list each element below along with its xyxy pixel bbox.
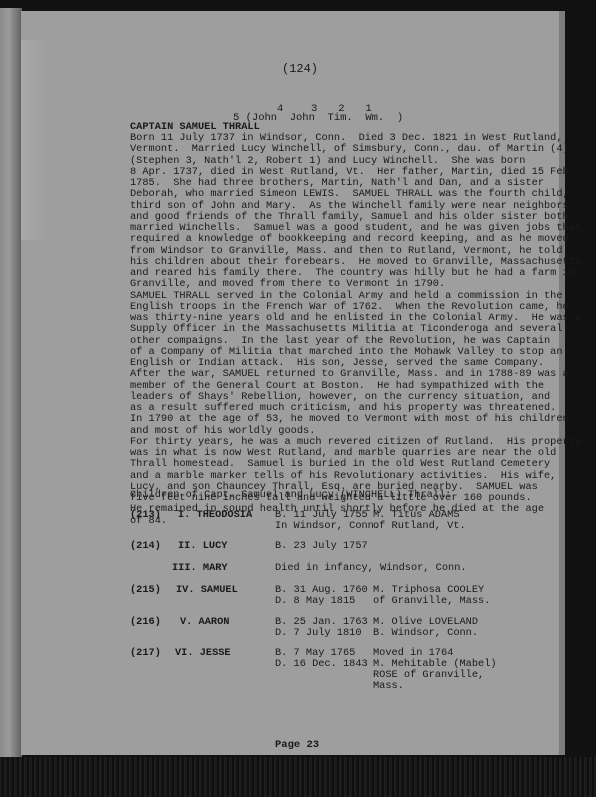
text-line: required a knowledge of bookkeeping and … bbox=[130, 234, 581, 245]
top-page-number: (124) bbox=[282, 64, 318, 75]
text-line: In 1790 at the age of 53, he moved to Ve… bbox=[130, 414, 581, 425]
child-notes: of Granville, Mass. bbox=[373, 596, 490, 607]
child-number: (217) bbox=[130, 648, 161, 659]
child-dates: D. 16 Dec. 1843 bbox=[275, 659, 368, 670]
child-name: II. LUCY bbox=[178, 541, 227, 552]
text-line: Supply Officer in the Massachusetts Mili… bbox=[130, 324, 581, 335]
child-number: (216) bbox=[130, 617, 161, 628]
child-dates: Died in infancy, Windsor, Conn. bbox=[275, 563, 467, 574]
text-line: Granville, and moved from there to Vermo… bbox=[130, 279, 581, 290]
text-line: Deborah, who married Simeon LEWIS. SAMUE… bbox=[130, 189, 581, 200]
text-line: After the war, SAMUEL returned to Granvi… bbox=[130, 369, 581, 380]
child-number: (213) bbox=[130, 510, 161, 521]
child-dates: B. 23 July 1757 bbox=[275, 541, 368, 552]
text-line: Vermont. Married Lucy Winchell, of Simsb… bbox=[130, 144, 581, 155]
child-notes: Mass. bbox=[373, 681, 404, 692]
page-footer: Page 23 bbox=[275, 740, 319, 751]
child-name: VI. JESSE bbox=[175, 648, 231, 659]
page-shadow bbox=[21, 40, 47, 240]
child-number: (214) bbox=[130, 541, 161, 552]
child-name: V. AARON bbox=[180, 617, 229, 628]
child-dates: In Windsor, Conn. bbox=[275, 521, 380, 532]
child-notes: B. Windsor, Conn. bbox=[373, 628, 478, 639]
text-line: Thrall homestead. Samuel is buried in th… bbox=[130, 459, 581, 470]
child-dates: D. 7 July 1810 bbox=[275, 628, 362, 639]
children-heading: Children of Capt. Samuel and Lucy (WINCH… bbox=[130, 490, 451, 501]
child-notes: of Rutland, Vt. bbox=[373, 521, 466, 532]
left-page-edge bbox=[0, 8, 22, 758]
child-dates: D. 8 May 1815 bbox=[275, 596, 355, 607]
scan-background bbox=[0, 757, 596, 797]
child-name: I. THEODOSIA bbox=[178, 510, 252, 521]
child-name: IV. SAMUEL bbox=[176, 585, 238, 596]
child-number: (215) bbox=[130, 585, 161, 596]
child-name: III. MARY bbox=[172, 563, 228, 574]
biography-text: Born 11 July 1737 in Windsor, Conn. Died… bbox=[130, 133, 581, 527]
